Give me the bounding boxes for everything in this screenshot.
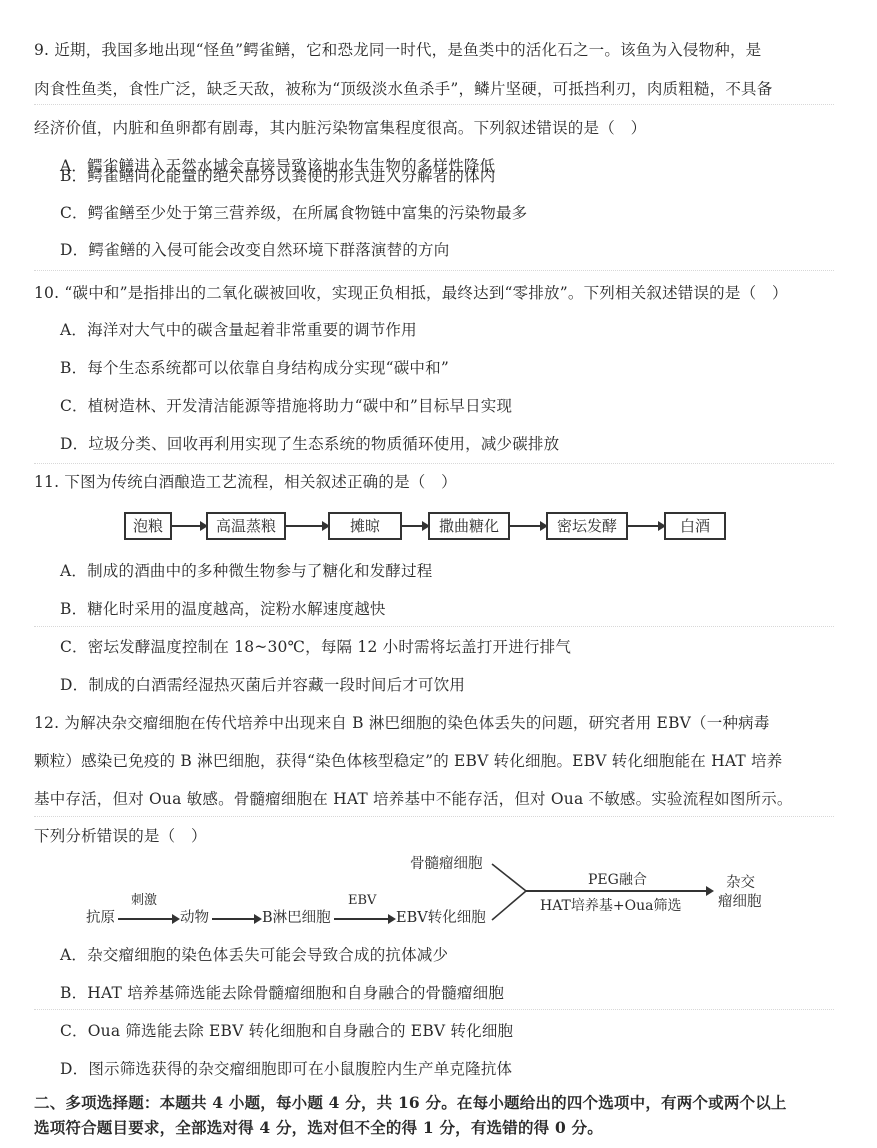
label-peg-fusion: PEG融合 xyxy=(588,872,647,888)
node-b-cell: B淋巴细胞 xyxy=(262,909,331,927)
divider xyxy=(34,816,834,817)
arrow-icon xyxy=(286,525,328,527)
arrow-icon xyxy=(212,918,260,920)
q10-option-d: D．垃圾分类、回收再利用实现了生态系统的物质循环使用，减少碳排放 xyxy=(60,434,559,454)
q9-option-b: B．鳄雀鳝同化能量的绝大部分以粪便的形式进入分解者的体内 xyxy=(60,166,496,186)
arrow-icon xyxy=(510,525,546,527)
flow-step-ferment: 密坛发酵 xyxy=(546,512,628,540)
q10-stem: 10. “碳中和”是指排出的二氧化碳被回收，实现正负相抵，最终达到“零排放”。下… xyxy=(34,283,788,303)
q12-option-b: B．HAT 培养基筛选能去除骨髓瘤细胞和自身融合的骨髓瘤细胞 xyxy=(60,983,504,1003)
label-ebv: EBV xyxy=(348,893,376,909)
arrow-icon xyxy=(118,918,178,920)
node-ebv-cell: EBV转化细胞 xyxy=(396,909,486,927)
arrow-icon xyxy=(172,525,206,527)
arrow-icon xyxy=(526,890,712,892)
q9-stem-line-2: 肉食性鱼类，食性广泛，缺乏天敌，被称为“顶级淡水鱼杀手”，鳞片坚硬，可抵挡利刃，… xyxy=(34,79,772,99)
q9-option-d: D．鳄雀鳝的入侵可能会改变自然环境下群落演替的方向 xyxy=(60,240,449,260)
label-stimulate: 刺激 xyxy=(131,893,157,909)
node-myeloma: 骨髓瘤细胞 xyxy=(410,855,483,873)
q11-option-b: B．糖化时采用的温度越高，淀粉水解速度越快 xyxy=(60,599,386,619)
q9-stem-line-3: 经济价值，内脏和鱼卵都有剧毒，其内脏污染物富集程度很高。下列叙述错误的是（ ） xyxy=(34,118,646,138)
q12-stem-line-1: 12. 为解决杂交瘤细胞在传代培养中出现来自 B 淋巴细胞的染色体丢失的问题，研… xyxy=(34,713,770,733)
arrow-icon xyxy=(628,525,664,527)
flow-step-saccharify: 撒曲糖化 xyxy=(428,512,510,540)
q10-option-c: C．植树造林、开发清洁能源等措施将助力“碳中和”目标早日实现 xyxy=(60,396,512,416)
node-animal: 动物 xyxy=(180,909,209,927)
q12-stem-line-4: 下列分析错误的是（ ） xyxy=(34,826,207,846)
divider xyxy=(34,1009,834,1010)
flow-step-soak: 泡粮 xyxy=(124,512,172,540)
q11-option-c: C．密坛发酵温度控制在 18~30℃，每隔 12 小时需将坛盖打开进行排气 xyxy=(60,637,571,657)
merge-lines-icon xyxy=(490,860,530,924)
arrow-icon xyxy=(334,918,394,920)
flow-step-cool: 摊晾 xyxy=(328,512,402,540)
q10-option-b: B．每个生态系统都可以依靠自身结构成分实现“碳中和” xyxy=(60,358,449,378)
q12-stem-line-3: 基中存活，但对 Oua 敏感。骨髓瘤细胞在 HAT 培养基中不能存活，但对 Ou… xyxy=(34,789,793,809)
q9-option-c: C．鳄雀鳝至少处于第三营养级，在所属食物链中富集的污染物最多 xyxy=(60,203,527,223)
section2-instructions-line-1: 二、多项选择题：本题共 4 小题，每小题 4 分，共 16 分。在每小题给出的四… xyxy=(34,1093,787,1113)
divider xyxy=(34,463,834,464)
q12-option-d: D．图示筛选获得的杂交瘤细胞即可在小鼠腹腔内生产单克隆抗体 xyxy=(60,1059,512,1079)
node-antigen: 抗原 xyxy=(86,909,115,927)
q10-option-a: A．海洋对大气中的碳含量起着非常重要的调节作用 xyxy=(60,320,417,340)
flow-step-steam: 高温蒸粮 xyxy=(206,512,286,540)
q12-stem-line-2: 颗粒）感染已免疫的 B 淋巴细胞，获得“染色体核型稳定”的 EBV 转化细胞。E… xyxy=(34,751,782,771)
section2-instructions-line-2: 选项符合题目要求，全部选对得 4 分，选对但不全的得 1 分，有选错的得 0 分… xyxy=(34,1118,603,1138)
divider xyxy=(34,104,834,105)
q12-option-c: C．Oua 筛选能去除 EBV 转化细胞和自身融合的 EBV 转化细胞 xyxy=(60,1021,513,1041)
q11-stem: 11. 下图为传统白酒酿造工艺流程，相关叙述正确的是（ ） xyxy=(34,472,457,492)
divider xyxy=(34,626,834,627)
node-hybrid-line-2: 瘤细胞 xyxy=(718,893,762,911)
q11-option-d: D．制成的白酒需经湿热灭菌后并容藏一段时间后才可饮用 xyxy=(60,675,465,695)
node-hybrid-line-1: 杂交 xyxy=(726,874,755,892)
q9-stem-line-1: 9. 近期，我国多地出现“怪鱼”鳄雀鳝，它和恐龙同一时代，是鱼类中的活化石之一。… xyxy=(34,40,761,60)
q12-option-a: A．杂交瘤细胞的染色体丢失可能会导致合成的抗体减少 xyxy=(60,945,448,965)
q11-option-a: A．制成的酒曲中的多种微生物参与了糖化和发酵过程 xyxy=(60,561,433,581)
flow-step-liquor: 白酒 xyxy=(664,512,726,540)
label-hat-selection: HAT培养基+Oua筛选 xyxy=(540,898,681,914)
arrow-icon xyxy=(402,525,428,527)
divider xyxy=(34,270,834,271)
